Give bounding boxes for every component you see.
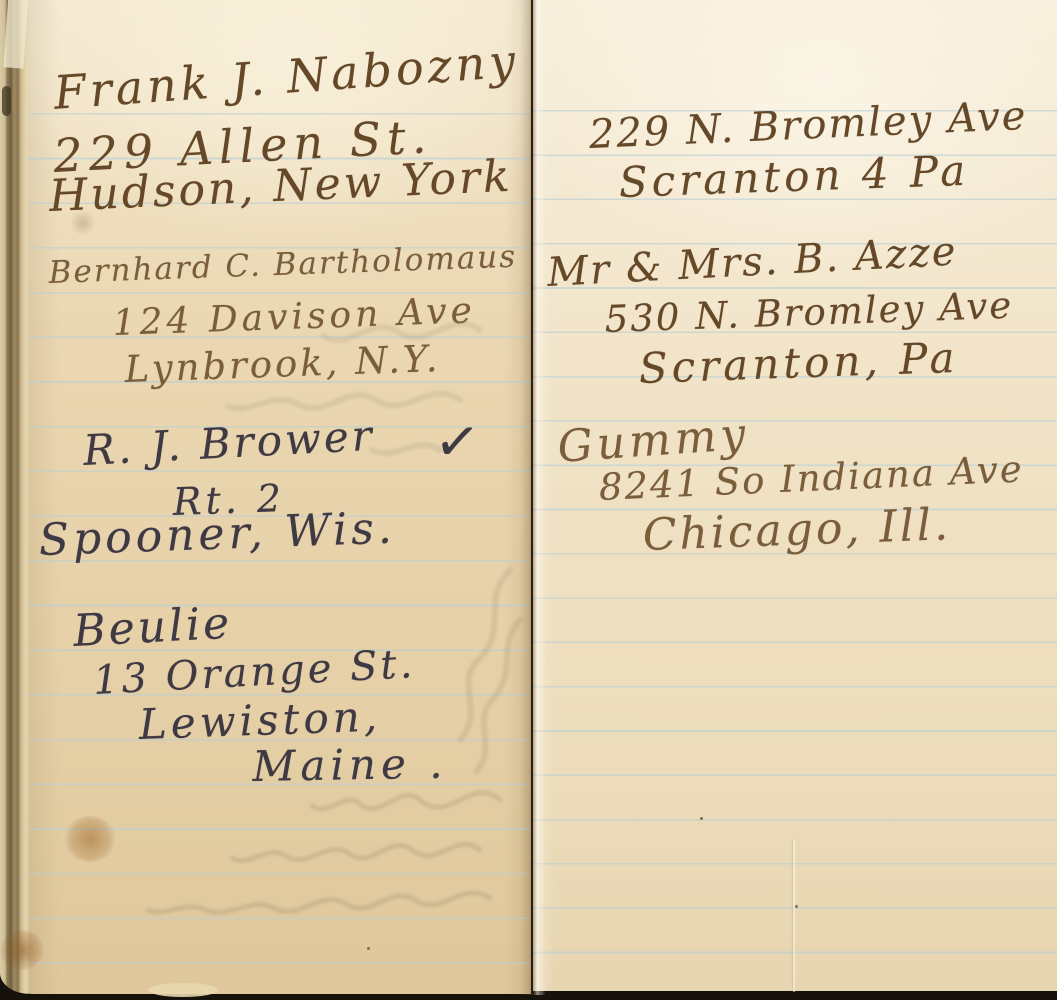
left-entry-4-line-1: Beulie bbox=[72, 598, 233, 657]
scanned-notebook-spread: Frank J. Nabozny 229 Allen St. Hudson, N… bbox=[0, 0, 1057, 1000]
speck bbox=[367, 947, 370, 950]
speck bbox=[795, 905, 798, 908]
speck bbox=[700, 817, 703, 820]
under-page-edge bbox=[148, 983, 218, 997]
page-crease bbox=[793, 840, 795, 992]
right-entry-3-line-3: Chicago, Ill. bbox=[642, 499, 952, 561]
checkmark-annotation: ✓ bbox=[431, 408, 483, 475]
binding-edge bbox=[0, 0, 30, 994]
binding-notch bbox=[2, 86, 11, 116]
left-entry-4-line-4: Maine . bbox=[252, 739, 448, 791]
